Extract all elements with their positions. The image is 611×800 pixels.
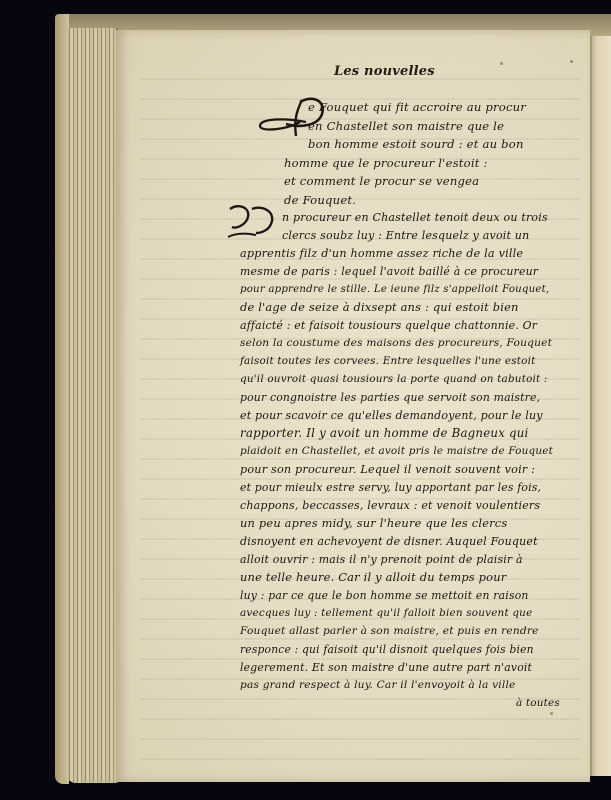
body-line: n procureur en Chastellet tenoit deux ou… xyxy=(282,210,548,225)
chapter-heading: e Fouquet qui fit accroire au procur en … xyxy=(256,98,576,203)
body-line: et pour mieulx estre servy, luy apportan… xyxy=(240,480,541,495)
paper-spot xyxy=(550,712,553,715)
stacked-page-edges xyxy=(66,28,118,783)
body-line: faisoit toutes les corvees. Entre lesque… xyxy=(240,354,536,369)
running-head: Les nouvelles xyxy=(334,64,435,79)
heading-line: en Chastellet son maistre que le xyxy=(308,117,568,136)
body-line: disnoyent en achevoyent de disner. Auque… xyxy=(240,534,538,549)
body-line: alloit ouvrir : mais il n'y prenoit poin… xyxy=(240,552,523,567)
paper-spot xyxy=(570,60,573,63)
body-line: pour congnoistre les parties que servoit… xyxy=(240,390,540,405)
body-line: pour son procureur. Lequel il venoit sou… xyxy=(240,462,535,477)
body-line: une telle heure. Car il y alloit du temp… xyxy=(240,570,506,585)
heading-line: bon homme estoit sourd : et au bon xyxy=(308,135,568,154)
decorated-initial-u-icon xyxy=(226,203,282,243)
body-line: qu'il ouvroit quasi tousiours la porte q… xyxy=(240,372,548,387)
body-line: legerement. Et son maistre d'une autre p… xyxy=(240,660,532,675)
scanned-book-page: Les nouvelles e Fouquet qui fit accroire… xyxy=(0,0,611,800)
body-line: apprentis filz d'un homme assez riche de… xyxy=(240,246,523,261)
body-line: de l'age de seize à dixsept ans : qui es… xyxy=(240,300,519,315)
heading-line: e Fouquet qui fit accroire au procur xyxy=(308,98,568,117)
heading-line: et comment le procur se vengea xyxy=(284,172,568,191)
body-line: et pour scavoir ce qu'elles demandoyent,… xyxy=(240,408,543,423)
body-line: pas grand respect à luy. Car il l'envoyo… xyxy=(240,678,516,693)
body-line: plaidoit en Chastellet, et avoit pris le… xyxy=(240,444,553,459)
body-line: un peu apres midy, sur l'heure que les c… xyxy=(240,516,507,531)
catchword: à toutes xyxy=(516,696,560,711)
body-line: mesme de paris : lequel l'avoit baillé à… xyxy=(240,264,538,279)
body-line: selon la coustume des maisons des procur… xyxy=(240,336,552,351)
body-line: rapporter. Il y avoit un homme de Bagneu… xyxy=(240,426,529,441)
heading-line: homme que le procureur l'estoit : xyxy=(284,154,568,173)
body-line: affaicté : et faisoit tousiours quelque … xyxy=(240,318,537,333)
facing-page-gutter xyxy=(590,36,611,776)
body-line: pour apprendre le stille. Le ieune filz … xyxy=(240,282,549,297)
paper-spot xyxy=(500,62,503,65)
body-line: chappons, beccasses, levraux : et venoit… xyxy=(240,498,540,513)
heading-line: de Fouquet. xyxy=(284,191,568,210)
body-line: luy : par ce que le bon homme se mettoit… xyxy=(240,588,529,603)
body-line: responce : qui faisoit qu'il disnoit que… xyxy=(240,642,534,657)
body-line: clercs soubz luy : Entre lesquelz y avoi… xyxy=(282,228,529,243)
body-line: avecques luy : tellement qu'il falloit b… xyxy=(240,606,532,621)
body-line: Fouquet allast parler à son maistre, et … xyxy=(240,624,539,639)
